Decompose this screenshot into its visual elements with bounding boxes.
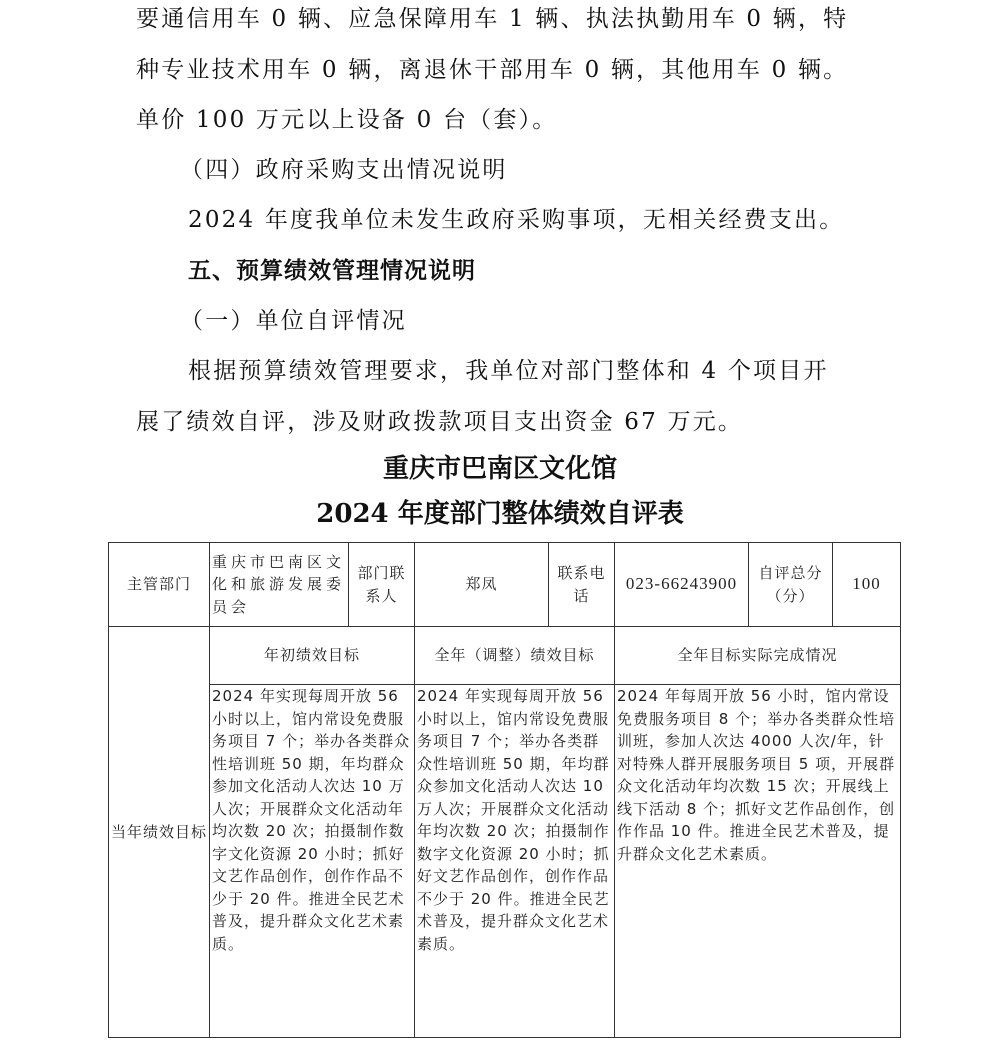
header-initial-goal: 年初绩效目标 <box>210 627 415 685</box>
header-adjusted-goal: 全年（调整）绩效目标 <box>415 627 615 685</box>
score-label: 自评总分（分） <box>749 543 833 627</box>
actual-result-text: 2024 年每周开放 56 小时，馆内常设免费服务项目 8 个；举办各类群众性培… <box>615 685 901 1038</box>
section-heading-performance: 五、预算绩效管理情况说明 <box>188 256 476 286</box>
table-title-org: 重庆市巴南区文化馆 <box>0 452 1000 486</box>
adjusted-goal-text: 2024 年实现每周开放 56 小时以上，馆内常设免费服务项目 7 个；举办各类… <box>415 685 615 1038</box>
dept-label: 主管部门 <box>109 543 210 627</box>
body-text-line: 单价 100 万元以上设备 0 台（套）。 <box>136 105 557 135</box>
body-text-line: 展了绩效自评，涉及财政拨款项目支出资金 67 万元。 <box>136 407 743 437</box>
body-text-line: 2024 年度我单位未发生政府采购事项，无相关经费支出。 <box>188 205 844 235</box>
table-row-info: 主管部门 重庆市巴南区文化和旅游发展委员会 部门联系人 郑凤 联系电话 023-… <box>109 543 901 627</box>
dept-value: 重庆市巴南区文化和旅游发展委员会 <box>210 543 349 627</box>
annual-goal-label: 当年绩效目标 <box>109 627 210 1038</box>
table-row-goals: 2024 年实现每周开放 56 小时以上，馆内常设免费服务项目 7 个；举办各类… <box>109 685 901 1038</box>
phone-value: 023-66243900 <box>615 543 749 627</box>
performance-evaluation-table: 主管部门 重庆市巴南区文化和旅游发展委员会 部门联系人 郑凤 联系电话 023-… <box>108 542 901 1038</box>
header-actual-result: 全年目标实际完成情况 <box>615 627 901 685</box>
subheading-procurement: （四）政府采购支出情况说明 <box>180 155 508 185</box>
body-text-line: 要通信用车 0 辆、应急保障用车 1 辆、执法执勤用车 0 辆，特 <box>136 4 848 34</box>
table-row-headers: 当年绩效目标 年初绩效目标 全年（调整）绩效目标 全年目标实际完成情况 <box>109 627 901 685</box>
contact-value: 郑凤 <box>415 543 549 627</box>
score-value: 100 <box>833 543 901 627</box>
subheading-self-evaluation: （一）单位自评情况 <box>180 306 407 336</box>
contact-label: 部门联系人 <box>349 543 415 627</box>
table-title-name: 2024 年度部门整体绩效自评表 <box>0 497 1000 531</box>
body-text-line: 根据预算绩效管理要求，我单位对部门整体和 4 个项目开 <box>188 356 829 386</box>
initial-goal-text: 2024 年实现每周开放 56 小时以上，馆内常设免费服务项目 7 个；举办各类… <box>210 685 415 1038</box>
body-text-line: 种专业技术用车 0 辆，离退休干部用车 0 辆，其他用车 0 辆。 <box>136 55 848 85</box>
phone-label: 联系电话 <box>549 543 615 627</box>
